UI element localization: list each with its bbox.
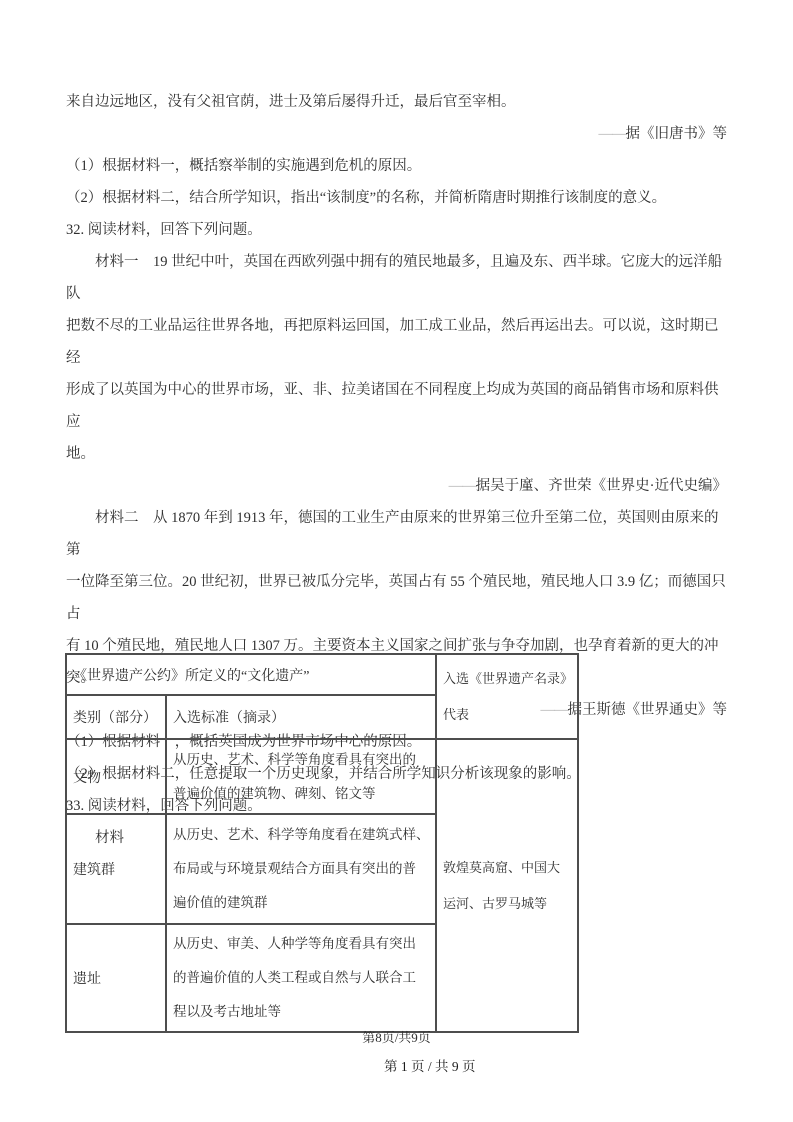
table-header-representatives: 入选《世界遗产名录》 代表 xyxy=(436,654,578,739)
viewer-page-number: 第 1 页 / 共 9 页 xyxy=(384,1055,476,1075)
criteria-cell-building-groups: 从历史、艺术、科学等角度看在建筑式样、 布局或与环境景观结合方面具有突出的普 遍… xyxy=(166,814,436,924)
criteria-cell-relics: 从历史、艺术、科学等角度看具有突出的 普遍价值的建筑物、碑刻、铭文等 xyxy=(166,739,436,814)
citation-text: 据吴于廑、齐世荣《世界史·近代史编》 xyxy=(476,478,727,494)
citation-dash: —— xyxy=(599,126,626,142)
document-page-number: 第8页/共9页 xyxy=(0,1027,793,1046)
representatives-cell: 敦煌莫高窟、中国大 运河、古罗马城等 xyxy=(436,739,578,1032)
table-header-row: 《世界遗产公约》所定义的“文化遗产” 入选《世界遗产名录》 代表 xyxy=(66,654,578,695)
table-header-cultural-heritage: 《世界遗产公约》所定义的“文化遗产” xyxy=(66,654,436,695)
exam-document-page: 来自边远地区，没有父祖官荫，进士及第后屡得升迁，最后官至宰相。 ——据《旧唐书》… xyxy=(0,0,793,1122)
question-31-item-1: （1）根据材料一，概括察举制的实施遇到危机的原因。 xyxy=(66,150,727,182)
citation-text: 据《旧唐书》等 xyxy=(626,126,728,142)
citation-text: 据王斯德《世界通史》等 xyxy=(568,702,728,718)
citation-dash: —— xyxy=(449,478,476,494)
world-heritage-table: 《世界遗产公约》所定义的“文化遗产” 入选《世界遗产名录》 代表 类别（部分） … xyxy=(65,653,579,1033)
category-cell-sites: 遗址 xyxy=(66,924,166,1032)
question-32-heading: 32. 阅读材料，回答下列问题。 xyxy=(66,214,727,246)
category-cell-relics: 文物 xyxy=(66,739,166,814)
criteria-cell-sites: 从历史、审美、人种学等角度看具有突出 的普遍价值的人类工程或自然与人联合工 程以… xyxy=(166,924,436,1032)
question-32-material-1: 材料一 19 世纪中叶，英国在西欧列强中拥有的殖民地最多，且遍及东、西半球。它庞… xyxy=(66,246,727,470)
table-row: 文物 从历史、艺术、科学等角度看具有突出的 普遍价值的建筑物、碑刻、铭文等 敦煌… xyxy=(66,739,578,814)
column-header-criteria: 入选标准（摘录） xyxy=(166,695,436,739)
question-31-item-2: （2）根据材料二，结合所学知识，指出“该制度”的名称，并简析隋唐时期推行该制度的… xyxy=(66,182,727,214)
source-citation-world-history-modern: ——据吴于廑、齐世荣《世界史·近代史编》 xyxy=(66,470,727,502)
category-cell-building-groups: 建筑群 xyxy=(66,814,166,924)
paragraph-continuation: 来自边远地区，没有父祖官荫，进士及第后屡得升迁，最后官至宰相。 xyxy=(66,86,727,118)
column-header-category: 类别（部分） xyxy=(66,695,166,739)
source-citation-old-tang: ——据《旧唐书》等 xyxy=(66,118,727,150)
